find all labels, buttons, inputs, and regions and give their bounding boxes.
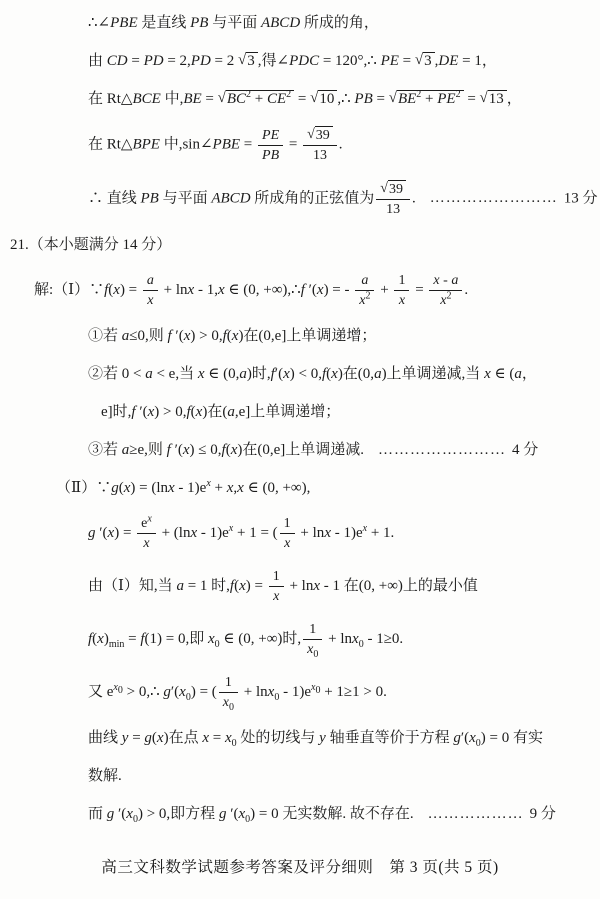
text-run: ′(: [171, 684, 179, 700]
text-run: 由: [88, 53, 107, 69]
radicand: BC2 + CE2: [226, 90, 294, 108]
denominator: 13: [376, 200, 410, 218]
text-run: ≥e,则: [129, 442, 166, 458]
text-run: ，: [522, 366, 537, 382]
math-variable: PDC: [289, 53, 319, 69]
fraction: √3913: [303, 126, 337, 164]
text-run: )在(: [202, 404, 227, 420]
text-run: = 2: [211, 53, 238, 69]
text-run: ②若 0 <: [88, 366, 145, 382]
math-variable: x: [202, 730, 209, 746]
text-run: = 1，: [458, 53, 496, 69]
radical-sign-icon: √: [307, 126, 315, 143]
text-run: ) = 0 无实数解. 故不存在.: [250, 806, 413, 822]
radicand: BE2 + PE2: [397, 90, 464, 108]
math-variable: PD: [144, 53, 164, 69]
math-variable: CE: [267, 91, 286, 107]
text-run: ) < 0,: [290, 366, 322, 382]
text-run: = 2,: [164, 53, 191, 69]
text-run: =: [285, 136, 301, 152]
text-run: 数解.: [88, 768, 122, 784]
square-root: √39: [380, 180, 406, 198]
math-variable: x: [183, 442, 190, 458]
text-run: .: [412, 190, 416, 206]
math-line-1: ∴∠PBE 是直线 PB 与平面 ABCD 所成的角，: [88, 10, 600, 36]
text-run: ∴ 直线: [88, 190, 141, 206]
numerator: 1: [269, 568, 284, 587]
text-run: 与平面: [208, 15, 261, 31]
text-run: =: [399, 53, 415, 69]
math-variable: PB: [141, 190, 159, 206]
math-variable: ABCD: [261, 15, 300, 31]
subscript: min: [109, 639, 125, 650]
text-run: e]时,: [101, 404, 131, 420]
text-run: ′(: [172, 328, 184, 344]
text-run: ) =: [246, 578, 267, 594]
math-variable: x: [168, 480, 175, 496]
math-variable: a: [361, 273, 368, 288]
text-run: ,e]上单调递增；: [235, 404, 340, 420]
text-run: ′(: [114, 806, 126, 822]
math-variable: x: [225, 730, 232, 746]
text-run: +: [421, 91, 437, 107]
square-root: √BE2 + PE2: [389, 86, 464, 112]
square-root: √13: [480, 86, 507, 112]
numerator: a: [143, 272, 158, 291]
fraction: 1x0: [219, 674, 238, 711]
text-run: 所成的角，: [300, 15, 379, 31]
math-variable: x: [218, 282, 225, 298]
denominator: x: [280, 534, 295, 552]
text-run: ∈ (0, +∞)时,: [220, 631, 302, 647]
math-variable: x: [147, 513, 151, 524]
text-run: 又 e: [88, 684, 113, 700]
dotted-leader: ………………: [428, 801, 524, 827]
text-run: + 1≥1 > 0.: [320, 684, 386, 700]
math-variable: PE: [381, 53, 399, 69]
text-run: ∈ (0, +∞),: [244, 480, 311, 496]
text-run: ) =: [120, 282, 141, 298]
math-variable: x: [317, 282, 324, 298]
math-variable: x: [237, 480, 244, 496]
text-run: ′(: [461, 730, 469, 746]
math-variable: x: [198, 366, 205, 382]
text-run: 是直线: [138, 15, 191, 31]
fraction: 1x: [394, 272, 409, 309]
numerator: PE: [258, 127, 283, 146]
math-variable: PD: [191, 53, 211, 69]
denominator: x: [394, 291, 409, 309]
denominator: x2: [429, 291, 462, 309]
dotted-leader: ……………………: [378, 437, 506, 463]
math-line-2: 由 CD = PD = 2,PD = 2 √3,得∠PDC = 120°,∴ P…: [88, 48, 600, 74]
math-variable: PE: [262, 128, 279, 143]
math-variable: PE: [437, 91, 455, 107]
text-run: 由（Ⅰ）知,当: [88, 578, 176, 594]
denominator: x0: [219, 693, 238, 711]
text-run: ′(: [305, 282, 317, 298]
numerator: 1: [394, 272, 409, 291]
text-run: +: [376, 282, 392, 298]
text-run: = 120°,∴: [319, 53, 381, 69]
math-variable: a: [239, 366, 247, 382]
fraction: PEPB: [258, 127, 283, 164]
math-line-12: （Ⅱ）∵g(x) = (lnx - 1)ex + x,x ∈ (0, +∞),: [56, 475, 600, 501]
superscript: 2: [286, 89, 291, 100]
text-run: < e,当: [153, 366, 198, 382]
math-line-4: 在 Rt△BPE 中,sin∠PBE = PEPB = √3913.: [88, 124, 600, 166]
text-run: )在点: [164, 730, 203, 746]
text-run: ) > 0,: [154, 404, 186, 420]
document-page: ∴∠PBE 是直线 PB 与平面 ABCD 所成的角，由 CD = PD = 2…: [0, 0, 600, 899]
subscript: 0: [229, 702, 234, 713]
math-line-15: f(x)min = f(1) = 0,即 x0 ∈ (0, +∞)时,1x0 +…: [88, 619, 600, 660]
text-run: ) =: [114, 525, 135, 541]
fraction: x - ax2: [429, 272, 462, 309]
radical-sign-icon: √: [380, 180, 388, 197]
square-root: √BC2 + CE2: [218, 86, 295, 112]
math-line-11: ③若 a≥e,则 f ′(x) ≤ 0,f(x)在(0,e]上单调递减.……………: [88, 437, 600, 463]
text-run: =: [209, 730, 225, 746]
radical-sign-icon: √: [238, 47, 246, 73]
text-run: )上单调递减,当: [382, 366, 485, 382]
math-variable: g: [88, 525, 96, 541]
text-run: ,得∠: [258, 53, 289, 69]
denominator: 13: [303, 146, 337, 164]
text-run: 处的切线与: [237, 730, 320, 746]
text-run: + ln: [324, 631, 352, 647]
text-run: + 1.: [367, 525, 394, 541]
math-variable: x: [284, 536, 290, 551]
math-variable: x: [208, 631, 215, 647]
denominator: PB: [258, 146, 283, 164]
math-line-19: 而 g ′(x0) > 0,即方程 g ′(x0) = 0 无实数解. 故不存在…: [88, 801, 600, 827]
fraction: exx: [137, 515, 156, 552]
text-run: - 1)e: [331, 525, 363, 541]
radical-sign-icon: √: [480, 85, 488, 111]
denominator: x2: [355, 291, 374, 309]
text-run: ′(: [136, 404, 148, 420]
math-variable: ABCD: [211, 190, 250, 206]
text-run: - 1,: [194, 282, 218, 298]
math-variable: x: [179, 684, 186, 700]
text-run: ′(: [171, 442, 183, 458]
math-variable: x: [324, 525, 331, 541]
math-variable: x: [352, 631, 359, 647]
text-run: +: [251, 91, 267, 107]
dotted-leader: ……………………: [430, 185, 558, 211]
math-variable: x: [484, 366, 491, 382]
text-run: 与平面: [159, 190, 212, 206]
math-variable: BE: [183, 91, 201, 107]
math-line-10: e]时,f ′(x) > 0,f(x)在(a,e]上单调递增；: [101, 399, 600, 425]
text-run: + ln: [297, 525, 325, 541]
text-run: =: [240, 136, 256, 152]
numerator: √39: [376, 180, 410, 200]
radicand: 3: [423, 52, 435, 70]
text-run: ∈ (: [491, 366, 515, 382]
text-run: + ln: [160, 282, 188, 298]
math-line-13: g ′(x) = exx + (lnx - 1)ex + 1 = (1x + l…: [88, 513, 600, 554]
superscript: 2: [446, 290, 451, 301]
text-run: + ln: [286, 578, 314, 594]
math-variable: g: [453, 730, 461, 746]
math-variable: PBE: [110, 15, 138, 31]
text-run: 所成角的正弦值为: [251, 190, 375, 206]
radical-sign-icon: √: [389, 85, 397, 111]
text-run: =: [124, 631, 140, 647]
radical-sign-icon: √: [310, 85, 318, 111]
text-run: )在(0,: [338, 366, 374, 382]
square-root: √3: [238, 48, 258, 74]
text-run: 解:（Ⅰ）∵: [34, 282, 104, 298]
numerator: x - a: [429, 272, 462, 291]
text-run: ≤0,则: [129, 328, 167, 344]
math-line-14: 由（Ⅰ）知,当 a = 1 时,f(x) = 1x + lnx - 1 在(0,…: [88, 566, 600, 607]
math-variable: a: [514, 366, 522, 382]
score-label: 9 分: [530, 806, 556, 822]
superscript: 2: [456, 89, 461, 100]
math-variable: a: [176, 578, 184, 594]
fraction: √3913: [376, 180, 410, 218]
text-run: - 1)e: [175, 480, 207, 496]
radicand: 13: [488, 90, 507, 108]
math-variable: a: [147, 273, 154, 288]
math-line-6: 21.（本小题满分 14 分）: [10, 232, 600, 258]
radical-sign-icon: √: [218, 85, 226, 111]
text-run: )在(0,e]上单调递减.: [237, 442, 364, 458]
math-variable: PBE: [213, 136, 241, 152]
math-variable: BC: [227, 91, 246, 107]
text-run: - 1≥0.: [364, 631, 403, 647]
text-run: =: [202, 91, 218, 107]
solution-lines: ∴∠PBE 是直线 PB 与平面 ABCD 所成的角，由 CD = PD = 2…: [0, 10, 600, 827]
numerator: ex: [137, 515, 156, 534]
text-run: ∴∠: [88, 15, 110, 31]
text-run: - 1)e: [279, 684, 311, 700]
text-run: ) = 0 有实: [481, 730, 543, 746]
text-run: .: [464, 282, 468, 298]
text-run: - 1 在(0, +∞)上的最小值: [320, 578, 478, 594]
math-variable: x: [399, 293, 405, 308]
math-variable: x: [331, 366, 338, 382]
denominator: x: [269, 587, 284, 605]
denominator: x: [137, 534, 156, 552]
text-run: 中,sin∠: [160, 136, 213, 152]
text-run: =: [373, 91, 389, 107]
text-run: =: [128, 730, 144, 746]
text-run: （Ⅱ）∵: [56, 480, 111, 496]
superscript: x0: [113, 682, 122, 693]
page-footer: 高三文科数学试题参考答案及评分细则 第 3 页(共 5 页): [0, 855, 600, 877]
math-variable: x: [113, 282, 120, 298]
denominator: x0: [303, 640, 322, 658]
math-variable: CD: [107, 53, 128, 69]
numerator: 1: [280, 515, 295, 534]
text-run: ′(: [226, 806, 238, 822]
fraction: ax: [143, 272, 158, 309]
text-run: ) > 0,: [190, 328, 222, 344]
text-run: 21.（本小题满分 14 分）: [10, 237, 171, 253]
text-run: - 1)e: [197, 525, 229, 541]
text-run: ) ≤ 0,: [190, 442, 222, 458]
fraction: 1x: [269, 568, 284, 605]
text-run: =: [411, 282, 427, 298]
math-line-7: 解:（Ⅰ）∵f(x) = ax + lnx - 1,x ∈ (0, +∞),∴f…: [34, 270, 600, 311]
math-variable: BCE: [132, 91, 160, 107]
text-run: 在 Rt△: [88, 136, 132, 152]
math-variable: x: [469, 730, 476, 746]
math-line-9: ②若 0 < a < e,当 x ∈ (0,a)时,f′(x) < 0,f(x)…: [88, 361, 600, 387]
math-variable: y: [319, 730, 326, 746]
math-variable: DE: [438, 53, 458, 69]
text-run: 在 Rt△: [88, 91, 132, 107]
math-variable: a: [145, 366, 153, 382]
text-run: ′(: [275, 366, 283, 382]
math-variable: g: [163, 684, 171, 700]
text-run: )在(0,e]上单调递增；: [238, 328, 376, 344]
text-run: )时,: [247, 366, 271, 382]
text-run: > 0,∴: [123, 684, 164, 700]
text-run: = 1 时,: [184, 578, 230, 594]
fraction: ax2: [355, 272, 374, 309]
math-line-17: 曲线 y = g(x)在点 x = x0 处的切线与 y 轴垂直等价于方程 g′…: [88, 725, 600, 751]
superscript: x: [147, 513, 151, 524]
numerator: √39: [303, 126, 337, 146]
math-variable: g: [111, 480, 119, 496]
numerator: a: [355, 272, 374, 291]
math-variable: x: [239, 578, 246, 594]
denominator: x: [143, 291, 158, 309]
text-run: ) = (: [191, 684, 217, 700]
text-run: ，: [507, 91, 522, 107]
text-run: + ln: [240, 684, 268, 700]
text-run: 曲线: [88, 730, 122, 746]
square-root: √10: [310, 86, 337, 112]
radical-sign-icon: √: [415, 47, 423, 73]
square-root: √3: [415, 48, 435, 74]
square-root: √39: [307, 126, 333, 144]
math-variable: x: [126, 806, 133, 822]
text-run: ) = -: [324, 282, 354, 298]
text-run: 而: [88, 806, 107, 822]
math-line-16: 又 ex0 > 0,∴ g′(x0) = (1x0 + lnx0 - 1)ex0…: [88, 672, 600, 713]
math-variable: BPE: [132, 136, 160, 152]
text-run: ③若: [88, 442, 122, 458]
text-run: ) > 0,即方程: [138, 806, 219, 822]
text-run: ) = (ln: [130, 480, 168, 496]
superscript: 2: [365, 290, 370, 301]
math-variable: PB: [262, 148, 279, 163]
text-run: .: [339, 136, 343, 152]
radicand: 39: [388, 180, 406, 198]
math-variable: x: [147, 293, 153, 308]
text-run: + (ln: [158, 525, 191, 541]
fraction: 1x: [280, 515, 295, 552]
text-run: +: [211, 480, 227, 496]
math-variable: x: [283, 366, 290, 382]
math-variable: x: [157, 730, 164, 746]
score-label: 13 分: [564, 190, 598, 206]
math-line-8: ①若 a≤0,则 f ′(x) > 0,f(x)在(0,e]上单调递增；: [88, 323, 600, 349]
radicand: 3: [246, 52, 258, 70]
text-run: + 1 = (: [233, 525, 277, 541]
text-run: ∈ (0, +∞),∴: [225, 282, 301, 298]
text-run: (1) = 0,即: [145, 631, 208, 647]
score-label: 4 分: [512, 442, 538, 458]
math-variable: a: [451, 273, 458, 288]
math-variable: x: [143, 536, 149, 551]
text-run: =: [294, 91, 310, 107]
math-variable: x: [97, 631, 104, 647]
text-run: -: [440, 273, 452, 288]
math-variable: BE: [398, 91, 416, 107]
numerator: 1: [303, 621, 322, 640]
math-variable: PB: [354, 91, 372, 107]
math-variable: PB: [190, 15, 208, 31]
math-variable: a: [374, 366, 382, 382]
radicand: 39: [315, 126, 333, 144]
text-run: ∈ (0,: [205, 366, 240, 382]
text-run: ,∴: [337, 91, 354, 107]
text-run: ′(: [96, 525, 108, 541]
math-variable: a: [227, 404, 235, 420]
math-variable: x: [273, 589, 279, 604]
math-line-3: 在 Rt△BCE 中,BE = √BC2 + CE2 = √10,∴ PB = …: [88, 86, 600, 112]
math-variable: g: [144, 730, 152, 746]
fraction: 1x0: [303, 621, 322, 658]
math-line-18: 数解.: [88, 763, 600, 789]
subscript: 0: [313, 649, 318, 660]
numerator: 1: [219, 674, 238, 693]
text-run: =: [464, 91, 480, 107]
text-run: 中,: [161, 91, 184, 107]
math-line-5: ∴ 直线 PB 与平面 ABCD 所成角的正弦值为√3913.……………………1…: [88, 178, 600, 220]
text-run: ①若: [88, 328, 122, 344]
radicand: 10: [318, 90, 337, 108]
text-run: 轴垂直等价于方程: [326, 730, 454, 746]
text-run: =: [128, 53, 144, 69]
